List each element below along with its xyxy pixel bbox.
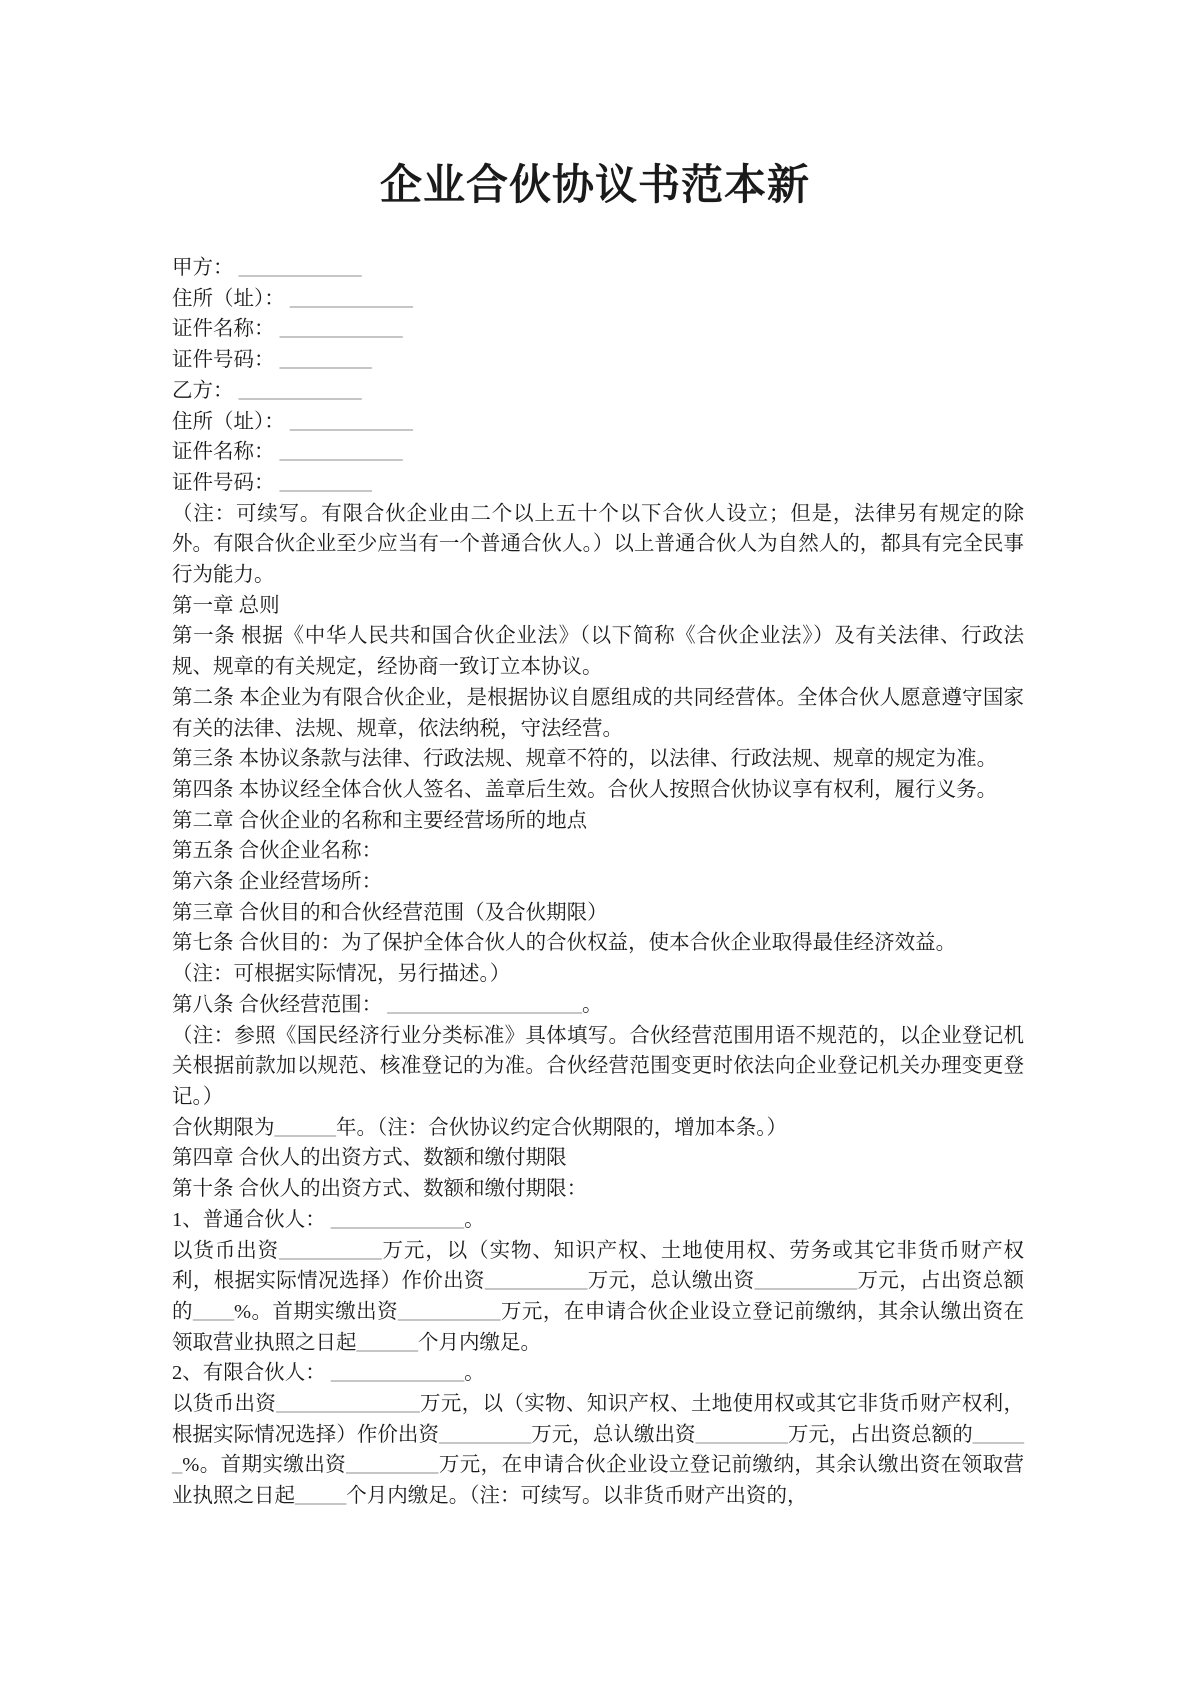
fill-in-blank: _________ [280,349,372,371]
paragraph: 第一条 根据《中华人民共和国合伙企业法》（以下简称《合伙企业法》）及有关法律、行… [172,621,1024,682]
document-body: 甲方： ____________住所（址）： ____________证件名称：… [172,253,1024,1512]
fill-in-blank: ______ [172,1424,1024,1477]
paragraph: 证件号码： _________ [172,468,1024,499]
paragraph: 2、有限合伙人： _____________。 [172,1358,1024,1389]
fill-in-blank: __________ [485,1270,588,1292]
paragraph: 第十条 合伙人的出资方式、数额和缴付期限： [172,1174,1024,1205]
fill-in-blank: ___________________ [387,994,582,1016]
fill-in-blank: ____________ [239,257,362,279]
fill-in-blank: _________ [280,472,372,494]
fill-in-blank: __________ [279,1240,382,1262]
paragraph: 证件名称： ____________ [172,437,1024,468]
paragraph: 第六条 企业经营场所： [172,867,1024,898]
paragraph: 第四章 合伙人的出资方式、数额和缴付期限 [172,1143,1024,1174]
paragraph: 第七条 合伙目的：为了保护全体合伙人的合伙权益，使本合伙企业取得最佳经济效益。 [172,928,1024,959]
paragraph: 合伙期限为______年。（注：合伙协议约定合伙期限的，增加本条。） [172,1113,1024,1144]
fill-in-blank: _____________ [331,1209,464,1231]
fill-in-blank: _________ [696,1424,788,1446]
fill-in-blank: ____________ [280,318,403,340]
paragraph: 第八条 合伙经营范围： ___________________。 [172,990,1024,1021]
paragraph: 以货币出资__________万元，以（实物、知识产权、土地使用权、劳务或其它非… [172,1236,1024,1359]
paragraph: 第四条 本协议经全体合伙人签名、盖章后生效。合伙人按照合伙协议享有权利，履行义务… [172,775,1024,806]
fill-in-blank: ______________ [276,1393,420,1415]
document-page: 企业合伙协议书范本新 甲方： ____________住所（址）： ______… [0,0,1190,1683]
fill-in-blank: ______ [357,1332,419,1354]
paragraph: （注：可根据实际情况，另行描述。） [172,959,1024,990]
fill-in-blank: _________ [439,1424,531,1446]
paragraph: （注：可续写。有限合伙企业由二个以上五十个以下合伙人设立；但是，法律另有规定的除… [172,499,1024,591]
fill-in-blank: _____________ [331,1362,464,1384]
paragraph: 第二章 合伙企业的名称和主要经营场所的地点 [172,806,1024,837]
paragraph: 第二条 本企业为有限合伙企业，是根据协议自愿组成的共同经营体。全体合伙人愿意遵守… [172,683,1024,744]
fill-in-blank: __________ [398,1301,501,1323]
paragraph: 住所（址）： ____________ [172,407,1024,438]
paragraph: 证件号码： _________ [172,345,1024,376]
paragraph: 第三条 本协议条款与法律、行政法规、规章不符的，以法律、行政法规、规章的规定为准… [172,744,1024,775]
fill-in-blank: _____ [295,1485,346,1507]
fill-in-blank: ____________ [239,380,362,402]
fill-in-blank: ____________ [290,288,413,310]
paragraph: 乙方： ____________ [172,376,1024,407]
fill-in-blank: ____________ [290,411,413,433]
fill-in-blank: __________ [755,1270,858,1292]
paragraph: 第五条 合伙企业名称： [172,836,1024,867]
paragraph: 住所（址）： ____________ [172,284,1024,315]
fill-in-blank: ____ [193,1301,234,1323]
paragraph: 1、普通合伙人： _____________。 [172,1205,1024,1236]
paragraph: 甲方： ____________ [172,253,1024,284]
paragraph: 第一章 总则 [172,591,1024,622]
paragraph: 第三章 合伙目的和合伙经营范围（及合伙期限） [172,898,1024,929]
fill-in-blank: ____________ [280,441,403,463]
paragraph: 以货币出资______________万元，以（实物、知识产权、土地使用权或其它… [172,1389,1024,1512]
fill-in-blank: ______ [275,1117,337,1139]
paragraph: （注：参照《国民经济行业分类标准》具体填写。合伙经营范围用语不规范的，以企业登记… [172,1021,1024,1113]
fill-in-blank: _________ [346,1454,438,1476]
paragraph: 证件名称： ____________ [172,314,1024,345]
document-title: 企业合伙协议书范本新 [0,163,1190,209]
